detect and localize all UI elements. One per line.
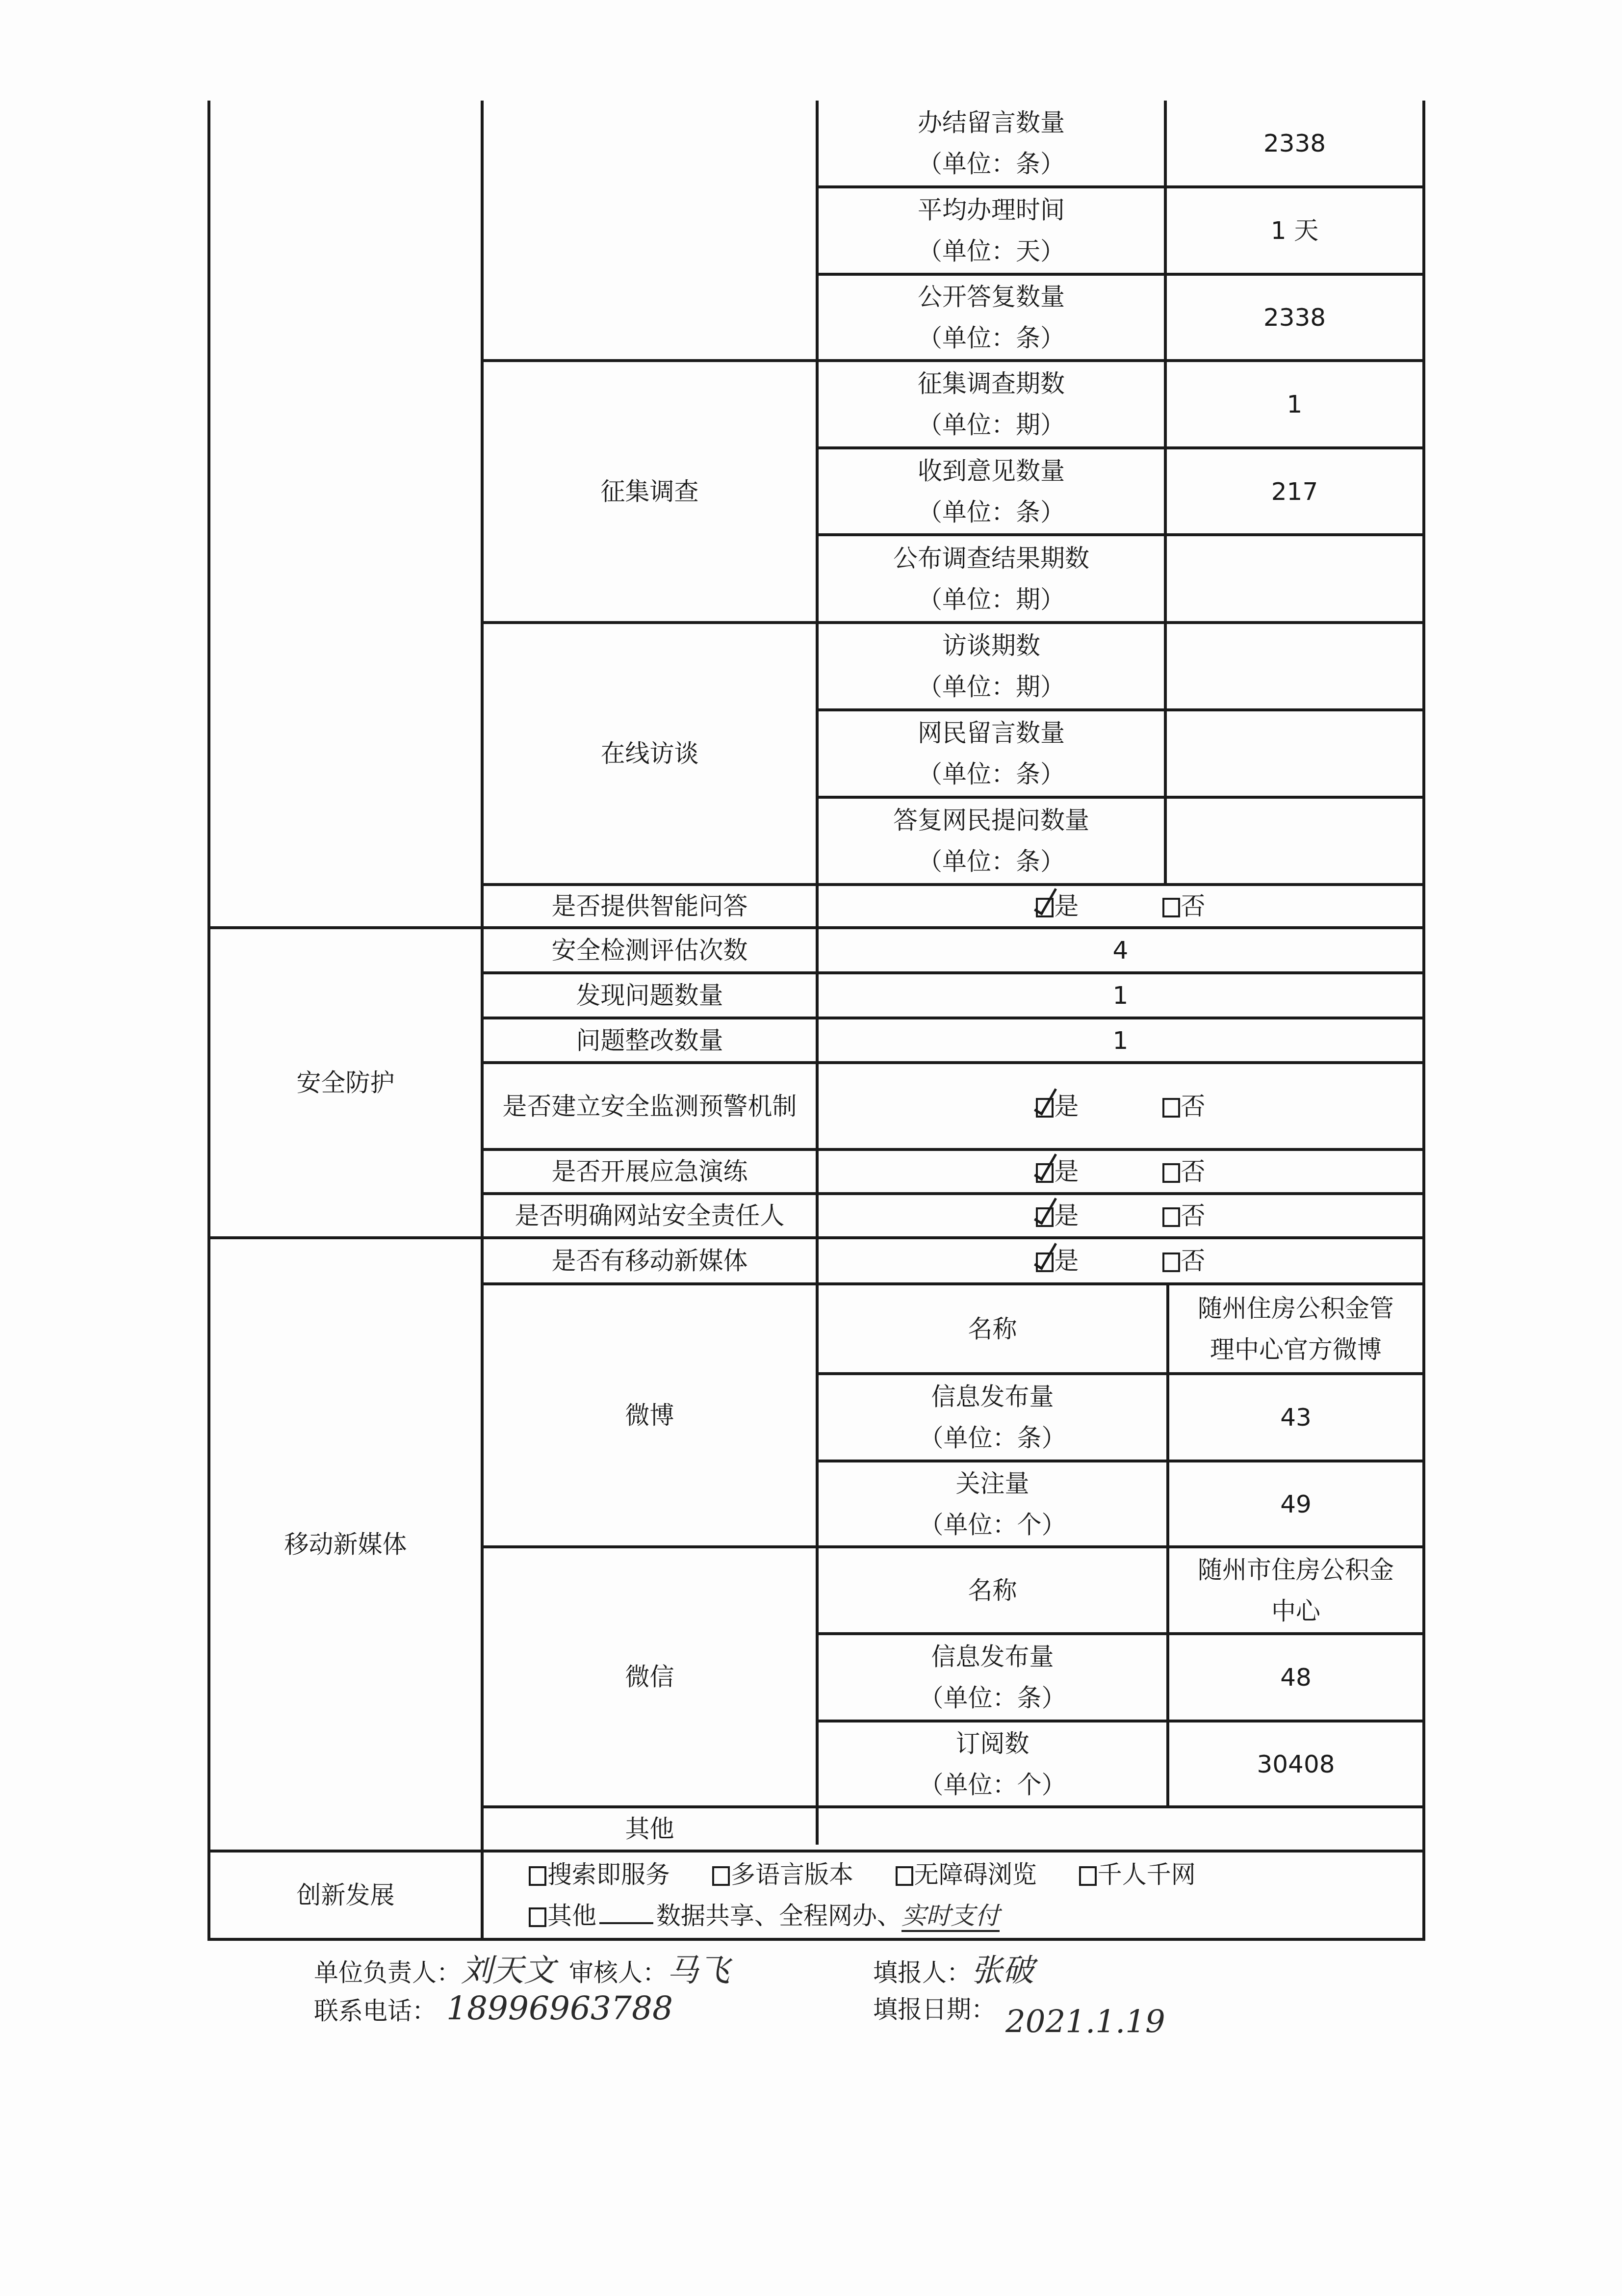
metric-label: 办结留言数量 [918,102,1065,143]
checkbox-icon[interactable] [896,1866,913,1886]
metric-label-cell: 网民留言数量 （单位：条） [819,711,1164,796]
security-group-label: 安全防护 [210,929,481,1236]
eval-count-value: 4 [819,929,1422,971]
group-text: 安全防护 [297,1062,395,1103]
option-search-as-service[interactable]: 搜索即服务 [529,1854,670,1895]
value-text: 217 [1271,471,1318,512]
issues-found-label: 发现问题数量 [484,974,816,1017]
innovation-options: 搜索即服务 多语言版本 无障碍浏览 千人千网 其他数据共享、全程网办、实时支付 [484,1852,1422,1938]
metric-unit: （单位：条） [918,143,1065,184]
label-text: 其他 [625,1808,674,1850]
reviewer-signature: 马飞 [667,1953,730,1989]
checkbox-icon[interactable] [1162,1098,1180,1118]
drill-label: 是否开展应急演练 [484,1151,816,1192]
metric-unit: （单位：条） [918,841,1065,882]
label-text: 订阅数 [956,1723,1030,1764]
value-text: 2338 [1263,297,1326,338]
value-text: 43 [1280,1397,1312,1438]
wechat-subs-value: 30408 [1169,1722,1422,1805]
metric-label-cell: 公开答复数量 （单位：条） [819,276,1164,359]
checkbox-icon[interactable] [1079,1866,1097,1886]
metric-value: 217 [1167,449,1422,533]
metric-unit: （单位：条） [918,754,1065,795]
date-value: 2021.1.19 [1005,2004,1165,2040]
weibo-followers-value: 49 [1169,1462,1422,1545]
metric-label: 收到意见数量 [918,450,1065,492]
wechat-posts-value: 48 [1169,1635,1422,1720]
yes-option[interactable]: 是 [1036,886,1079,927]
value-text: 随州市住房公积金中心 [1190,1549,1401,1632]
checkbox-checked-icon[interactable] [1036,1252,1054,1272]
metric-label-cell: 办结留言数量 （单位：条） [819,101,1164,185]
footer-filler: 填报人：张破 [873,1945,1034,1990]
innovation-group-label: 创新发展 [210,1852,481,1938]
checkbox-icon[interactable] [1162,1252,1180,1272]
phone-label: 联系电话： [314,1997,437,2025]
wechat-posts-label: 信息发布量 （单位：条） [819,1635,1166,1720]
no-option[interactable]: 否 [1162,1086,1206,1127]
checkbox-checked-icon[interactable] [1036,898,1054,917]
has-mobile-choice: 是否 [819,1239,1422,1282]
option-other[interactable]: 其他 [529,1902,596,1930]
issues-fixed-label: 问题整改数量 [484,1019,816,1061]
metric-label-cell: 访谈期数 （单位：期） [819,624,1164,708]
metric-unit: （单位：期） [918,579,1065,620]
eval-count-label: 安全检测评估次数 [484,929,816,971]
label-text: 名称 [968,1570,1017,1611]
weibo-followers-label: 关注量 （单位：个） [819,1462,1166,1545]
metric-value: 1 天 [1167,188,1422,273]
metric-label-cell: 公布调查结果期数 （单位：期） [819,536,1164,621]
metric-label: 访谈期数 [942,625,1040,666]
interview-group-label: 在线访谈 [484,624,816,883]
issues-fixed-value: 1 [819,1019,1422,1061]
label-text: 问题整改数量 [576,1020,723,1061]
no-option[interactable]: 否 [1162,886,1206,927]
unit-text: （单位：个） [919,1764,1066,1805]
label-text: 是否提供智能问答 [552,886,748,927]
no-label: 否 [1181,1247,1206,1275]
option-multilingual[interactable]: 多语言版本 [712,1854,853,1895]
metric-label-cell: 答复网民提问数量 （单位：条） [819,799,1164,883]
option-accessibility[interactable]: 无障碍浏览 [896,1854,1037,1895]
no-option[interactable]: 否 [1162,1195,1206,1236]
label-text: 信息发布量 [931,1636,1054,1677]
value-text: 1 [1113,1020,1129,1061]
issues-found-value: 1 [819,974,1422,1017]
label-text: 是否有移动新媒体 [552,1240,748,1281]
phone-value: 18996963788 [446,1989,673,2027]
value-text: 49 [1280,1484,1312,1525]
option-label: 千人千网 [1098,1860,1196,1889]
no-label: 否 [1181,1201,1206,1230]
survey-group-label: 征集调查 [484,362,816,621]
filler-signature: 张破 [971,1953,1034,1989]
label-text: 名称 [968,1308,1017,1350]
option-personalized[interactable]: 千人千网 [1079,1854,1196,1895]
group-text: 移动新媒体 [284,1524,407,1565]
wechat-name-value: 随州市住房公积金中心 [1169,1548,1422,1632]
label-text: 是否明确网站安全责任人 [515,1195,785,1236]
value-text: 1 天 [1271,210,1319,251]
no-option[interactable]: 否 [1162,1240,1206,1281]
no-label: 否 [1181,1092,1206,1121]
checkbox-icon[interactable] [712,1866,730,1886]
footer-reviewer: 审核人：马飞 [569,1945,730,1990]
weibo-posts-label: 信息发布量 （单位：条） [819,1375,1166,1460]
unit-text: （单位：条） [919,1677,1066,1719]
value-text: 1 [1113,975,1129,1016]
checkbox-icon[interactable] [1162,1163,1180,1183]
value-text: 1 [1287,384,1303,425]
yes-label: 是 [1055,1092,1079,1121]
group-text: 征集调查 [601,471,699,512]
yes-option[interactable]: 是 [1036,1086,1079,1127]
group-text: 微信 [625,1656,674,1697]
wechat-name-label: 名称 [819,1548,1166,1632]
label-text: 是否建立安全监测预警机制 [503,1086,797,1127]
yes-label: 是 [1055,892,1079,920]
label-text: 关注量 [956,1463,1030,1504]
unit-text: （单位：个） [919,1504,1066,1545]
label-text: 是否开展应急演练 [552,1151,748,1192]
metric-label-cell: 平均办理时间 （单位：天） [819,188,1164,273]
monitoring-label: 是否建立安全监测预警机制 [484,1064,816,1148]
metric-unit: （单位：条） [918,492,1065,533]
metric-value: 2338 [1167,276,1422,359]
owner-label: 是否明确网站安全责任人 [484,1195,816,1236]
smart-qa-label: 是否提供智能问答 [484,886,816,926]
no-label: 否 [1181,892,1206,920]
checkbox-checked-icon[interactable] [1036,1163,1054,1183]
table-border-right [1422,101,1425,1940]
weibo-group-label: 微博 [484,1285,816,1545]
yes-label: 是 [1055,1201,1079,1230]
metric-value: 2338 [1167,101,1422,185]
weibo-posts-value: 43 [1169,1375,1422,1460]
head-signature: 刘天文 [461,1953,555,1989]
weibo-name-value: 随州住房公积金管理中心官方微博 [1169,1285,1422,1372]
yes-option[interactable]: 是 [1036,1240,1079,1281]
filler-label: 填报人： [873,1958,971,1987]
yes-label: 是 [1055,1157,1079,1186]
checkbox-checked-icon[interactable] [1036,1207,1054,1227]
metric-unit: （单位：期） [918,666,1065,707]
mobile-other-value [819,1808,1422,1850]
wechat-group-label: 微信 [484,1548,816,1805]
group-text: 在线访谈 [601,733,699,774]
metric-unit: （单位：条） [918,317,1065,359]
option-label: 搜索即服务 [547,1860,670,1889]
no-option[interactable]: 否 [1162,1151,1206,1192]
unit-text: （单位：条） [919,1417,1066,1459]
label-text: 信息发布量 [931,1376,1054,1417]
label-text: 发现问题数量 [576,975,723,1016]
footer-head: 单位负责人：刘天文 [314,1945,555,1990]
value-text: 4 [1113,930,1129,971]
checkbox-checked-icon[interactable] [1036,1098,1054,1118]
checkbox-icon[interactable] [1162,898,1180,917]
metric-value: 1 [1167,362,1422,446]
metric-label: 网民留言数量 [918,712,1065,754]
footer-phone: 联系电话：18996963788 [314,1989,673,2027]
value-text: 30408 [1257,1744,1335,1785]
option-label: 其他 [547,1902,596,1930]
metric-unit: （单位：天） [918,231,1065,272]
option-label: 无障碍浏览 [914,1860,1037,1889]
yes-label: 是 [1055,1247,1079,1275]
metric-label: 平均办理时间 [918,189,1065,231]
metric-label: 征集调查期数 [918,363,1065,404]
innovation-other-row: 其他数据共享、全程网办、实时支付 [529,1895,1000,1936]
table-border-bottom [207,1938,1425,1941]
group-text: 微博 [625,1395,674,1436]
yes-option[interactable]: 是 [1036,1195,1079,1236]
blank-underline [599,1922,653,1924]
metric-label-cell: 征集调查期数 （单位：期） [819,362,1164,446]
yes-option[interactable]: 是 [1036,1151,1079,1192]
owner-choice: 是否 [819,1195,1422,1236]
no-label: 否 [1181,1157,1206,1186]
metric-label: 答复网民提问数量 [893,800,1089,841]
value-text: 48 [1280,1657,1312,1698]
innovation-option-row: 搜索即服务 多语言版本 无障碍浏览 千人千网 [529,1854,1196,1895]
head-label: 单位负责人： [314,1958,461,1987]
checkbox-icon[interactable] [1162,1207,1180,1227]
other-text: 数据共享、全程网办、 [656,1902,901,1930]
metric-value [1167,536,1422,621]
value-text: 随州住房公积金管理中心官方微博 [1190,1288,1401,1370]
mobile-group-label: 移动新媒体 [210,1239,481,1850]
group-text: 创新发展 [297,1875,395,1916]
checkbox-icon[interactable] [529,1866,546,1886]
metric-unit: （单位：期） [918,404,1065,445]
option-label: 多语言版本 [731,1860,853,1889]
monitoring-choice: 是否 [819,1064,1422,1148]
smart-qa-choice: 是否 [819,886,1422,926]
weibo-name-label: 名称 [819,1285,1166,1372]
date-label: 填报日期： [873,1995,996,2024]
metric-label: 公开答复数量 [918,276,1065,317]
mobile-other-label: 其他 [484,1808,816,1850]
drill-choice: 是否 [819,1151,1422,1192]
has-mobile-label: 是否有移动新媒体 [484,1239,816,1282]
label-text: 安全检测评估次数 [552,930,748,971]
value-text: 2338 [1263,123,1326,164]
other-handwritten: 实时支付 [901,1902,1000,1932]
metric-label-cell: 收到意见数量 （单位：条） [819,449,1164,533]
footer-date: 填报日期：2021.1.19 [873,1989,1165,2026]
reviewer-label: 审核人： [569,1958,667,1987]
metric-label: 公布调查结果期数 [893,538,1089,579]
wechat-subs-label: 订阅数 （单位：个） [819,1722,1166,1805]
checkbox-icon[interactable] [529,1907,546,1927]
